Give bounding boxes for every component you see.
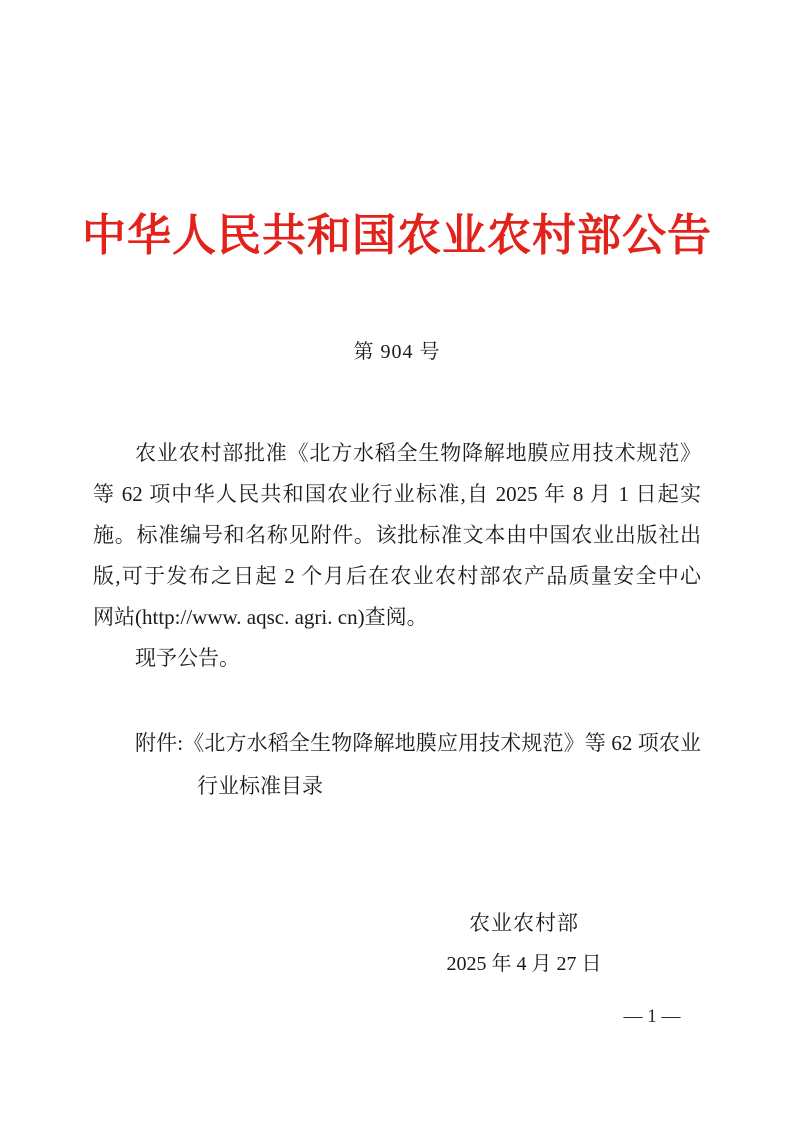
attachment-line-1: 附件:《北方水稻全生物降解地膜应用技术规范》等 62 项农业: [93, 722, 701, 765]
signature-organization: 农业农村部: [447, 903, 602, 944]
page-title: 中华人民共和国农业农村部公告: [0, 210, 794, 262]
body-line-4: 版,可于发布之日起 2 个月后在农业农村部农产品质量安全中心: [93, 556, 701, 597]
body-line-5-website: 网站(http://www. aqsc. agri. cn)查阅。: [93, 597, 701, 638]
attachment-line-2: 行业标准目录: [93, 765, 701, 808]
body-line-6: 现予公告。: [93, 638, 701, 679]
signature-date: 2025 年 4 月 27 日: [447, 944, 602, 985]
document-number: 第 904 号: [0, 337, 794, 367]
page-number: — 1 —: [617, 1004, 687, 1030]
attachment-section: 附件:《北方水稻全生物降解地膜应用技术规范》等 62 项农业 行业标准目录: [93, 722, 701, 808]
body-line-3: 施。标准编号和名称见附件。该批标准文本由中国农业出版社出: [93, 515, 701, 556]
announcement-page: 中华人民共和国农业农村部公告 第 904 号 农业农村部批准《北方水稻全生物降解…: [0, 0, 794, 1123]
body-line-2: 等 62 项中华人民共和国农业行业标准,自 2025 年 8 月 1 日起实: [93, 474, 701, 515]
body-line-1: 农业农村部批准《北方水稻全生物降解地膜应用技术规范》: [93, 433, 701, 474]
body-paragraphs: 农业农村部批准《北方水稻全生物降解地膜应用技术规范》 等 62 项中华人民共和国…: [93, 433, 701, 679]
signature-section: 农业农村部 2025 年 4 月 27 日: [447, 903, 602, 985]
